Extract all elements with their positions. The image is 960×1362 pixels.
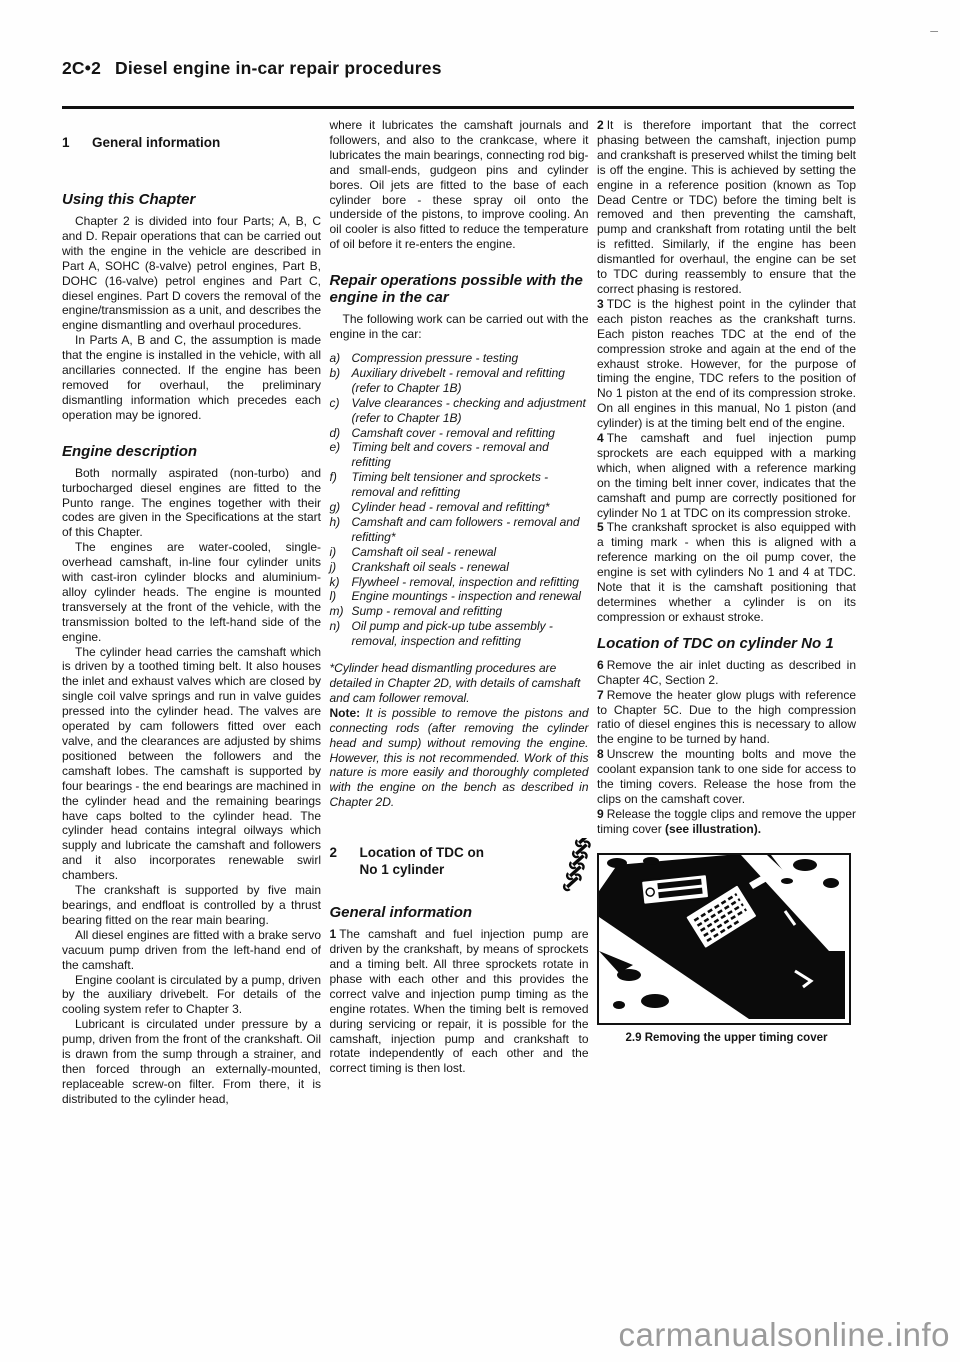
list-item: c)Valve clearances - checking and adjust… <box>330 396 589 426</box>
column-1: 1 General information Using this Chapter… <box>62 118 321 1107</box>
section-1-heading: 1 General information <box>62 134 321 151</box>
heading-location-of-tdc: Location of TDC on cylinder No 1 <box>597 635 856 652</box>
note-label: Note: <box>330 706 361 720</box>
step: 4The camshaft and fuel injection pump sp… <box>597 431 856 520</box>
scan-dash-artifact: – <box>930 22 938 38</box>
heading-general-information: General information <box>330 904 589 921</box>
paragraph: In Parts A, B and C, the assumption is m… <box>62 333 321 422</box>
list-item: d)Camshaft cover - removal and refitting <box>330 426 589 441</box>
step: 8Unscrew the mounting bolts and move the… <box>597 747 856 807</box>
list-item: b)Auxiliary drivebelt - removal and refi… <box>330 366 589 396</box>
list-item: n)Oil pump and pick-up tube assembly - r… <box>330 619 589 649</box>
section-2-number: 2 <box>330 844 360 878</box>
step: 3TDC is the highest point in the cylinde… <box>597 297 856 431</box>
difficulty-wrenches-icon <box>559 838 593 904</box>
list-item: m)Sump - removal and refitting <box>330 604 589 619</box>
paragraph: The following work can be carried out wi… <box>330 312 589 342</box>
page-title: Diesel engine in-car repair procedures <box>115 58 442 78</box>
list-item: j)Crankshaft oil seals - renewal <box>330 560 589 575</box>
step: 6Remove the air inlet ducting as describ… <box>597 658 856 688</box>
list-item: g)Cylinder head - removal and refitting* <box>330 500 589 515</box>
column-3: 2It is therefore important that the corr… <box>597 118 856 1107</box>
paragraph: The engines are water-cooled, single-ove… <box>62 540 321 644</box>
paragraph: Lubricant is circulated under pressure b… <box>62 1017 321 1106</box>
step: 1The camshaft and fuel injection pump ar… <box>330 927 589 1076</box>
list-item: k)Flywheel - removal, inspection and ref… <box>330 575 589 590</box>
step: 9Release the toggle clips and remove the… <box>597 807 856 837</box>
paragraph: The crankshaft is supported by five main… <box>62 883 321 928</box>
manual-page: 2C•2Diesel engine in-car repair procedur… <box>0 0 960 1362</box>
column-2: where it lubricates the camshaft journal… <box>330 118 589 1107</box>
section-2-heading: 2 Location of TDC on No 1 cylinder <box>330 844 589 878</box>
paragraph: Both normally aspirated (non-turbo) and … <box>62 466 321 541</box>
step: 5The crankshaft sprocket is also equippe… <box>597 520 856 624</box>
list-item: a)Compression pressure - testing <box>330 351 589 366</box>
list-item: h)Camshaft and cam followers - removal a… <box>330 515 589 545</box>
repair-operations-list: a)Compression pressure - testing b)Auxil… <box>330 351 589 649</box>
header-rule <box>62 106 854 109</box>
step: 7Remove the heater glow plugs with refer… <box>597 688 856 748</box>
heading-using-this-chapter: Using this Chapter <box>62 191 321 208</box>
note: Note: It is possible to remove the pisto… <box>330 706 589 810</box>
paragraph: The cylinder head carries the camshaft w… <box>62 645 321 884</box>
figure-2-9: 2.9 Removing the upper timing cover <box>597 853 856 1045</box>
paragraph: Chapter 2 is divided into four Parts; A,… <box>62 214 321 333</box>
page-header: 2C•2Diesel engine in-car repair procedur… <box>62 58 442 79</box>
list-item: i)Camshaft oil seal - renewal <box>330 545 589 560</box>
page-number: 2C•2 <box>62 58 101 78</box>
watermark: carmanualsonline.info <box>618 1316 950 1354</box>
paragraph: where it lubricates the camshaft journal… <box>330 118 589 252</box>
paragraph: All diesel engines are fitted with a bra… <box>62 928 321 973</box>
list-item: l)Engine mountings - inspection and rene… <box>330 589 589 604</box>
figure-caption: 2.9 Removing the upper timing cover <box>597 1032 856 1045</box>
list-item: e)Timing belt and covers - removal and r… <box>330 440 589 470</box>
heading-engine-description: Engine description <box>62 443 321 460</box>
text-columns: 1 General information Using this Chapter… <box>62 118 856 1107</box>
section-1-number: 1 <box>62 134 92 151</box>
section-2-title: Location of TDC on No 1 cylinder <box>360 844 484 878</box>
heading-repair-operations: Repair operations possible with the engi… <box>330 272 589 306</box>
section-1-title: General information <box>92 134 220 151</box>
list-item: f)Timing belt tensioner and sprockets - … <box>330 470 589 500</box>
step: 2It is therefore important that the corr… <box>597 118 856 297</box>
paragraph: Engine coolant is circulated by a pump, … <box>62 973 321 1018</box>
footnote: *Cylinder head dismantling procedures ar… <box>330 661 589 706</box>
figure-photo <box>597 853 851 1025</box>
